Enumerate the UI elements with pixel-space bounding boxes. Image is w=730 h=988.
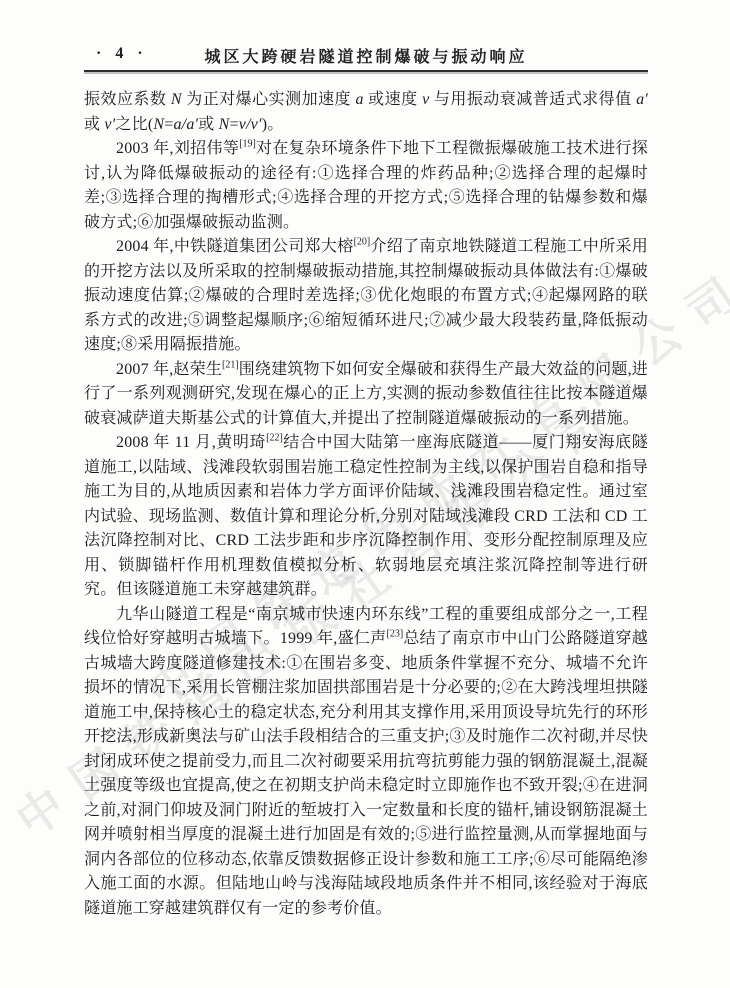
citation-ref: [21] [222,359,239,370]
text-run: 或 [84,116,104,133]
text-run: 结合中国大陆第一座海底隧道——厦门翔安海底隧道施工,以陆域、浅滩段软弱围岩施工稳… [84,434,648,598]
book-page: 中国铁道出版社有限公司 中国铁道出版社有限公司 · 4 · 城区大跨硬岩隧道控制… [0,0,730,988]
paragraph: 2008 年 11 月,黄明琦[22]结合中国大陆第一座海底隧道——厦门翔安海底… [84,431,648,603]
text-run: 总结了南京市中山门公路隧道穿越古城墙大跨度隧道修建技术:①在围岩多变、地质条件掌… [84,630,648,917]
math-variable: a′ [636,91,648,108]
text-run: 与用振动衰减普适式求得值 [429,91,636,108]
text-run: 或速度 [364,91,422,108]
math-variable: N [219,116,230,133]
citation-ref: [22] [266,433,283,444]
text-run: = [230,116,239,133]
text-run: 2008 年 11 月,黄明琦 [116,434,266,451]
citation-ref: [20] [354,237,371,248]
page-header: · 4 · 城区大跨硬岩隧道控制爆破与振动响应 [84,44,648,68]
header-rule [84,70,648,72]
text-run: 为正对爆心实测加速度 [182,91,356,108]
text-run: 介绍了南京地铁隧道工程施工中所采用的开挖方法以及所采取的控制爆破振动措施,其控制… [84,238,648,353]
paragraph: 2003 年,刘招伟等[19]对在复杂环境条件下地下工程微振爆破施工技术进行探讨… [84,137,648,235]
citation-ref: [19] [239,139,256,150]
text-run: 2004 年,中铁隧道集团公司郑大榕 [116,238,354,255]
text-run: 或 [198,116,218,133]
paragraph: 2004 年,中铁隧道集团公司郑大榕[20]介绍了南京地铁隧道工程施工中所采用的… [84,235,648,358]
paragraph: 2007 年,赵荣生[21]围绕建筑物下如何安全爆破和获得生产最大效益的问题,进… [84,358,648,432]
text-run: 2007 年,赵荣生 [116,361,222,378]
text-run: 之比( [115,116,153,133]
math-variable: v/v′ [239,116,262,133]
citation-ref: [23] [387,629,404,640]
math-variable: v′ [104,116,115,133]
paragraph: 振效应系数 N 为正对爆心实测加速度 a 或速度 v 与用振动衰减普适式求得值 … [84,88,648,137]
page-body: 振效应系数 N 为正对爆心实测加速度 a 或速度 v 与用振动衰减普适式求得值 … [84,88,648,921]
paragraph: 九华山隧道工程是“南京城市快速内环东线”工程的重要组成部分之一,工程线位恰好穿越… [84,603,648,922]
math-variable: a/a′ [173,116,198,133]
page-number: · 4 · [96,45,148,63]
text-run: 振效应系数 [84,91,171,108]
math-variable: N [153,116,164,133]
math-variable: N [171,91,182,108]
math-variable: a [355,91,363,108]
text-run: )。 [262,116,284,133]
text-run: 2003 年,刘招伟等 [116,140,239,157]
running-title: 城区大跨硬岩隧道控制爆破与振动响应 [84,44,648,67]
